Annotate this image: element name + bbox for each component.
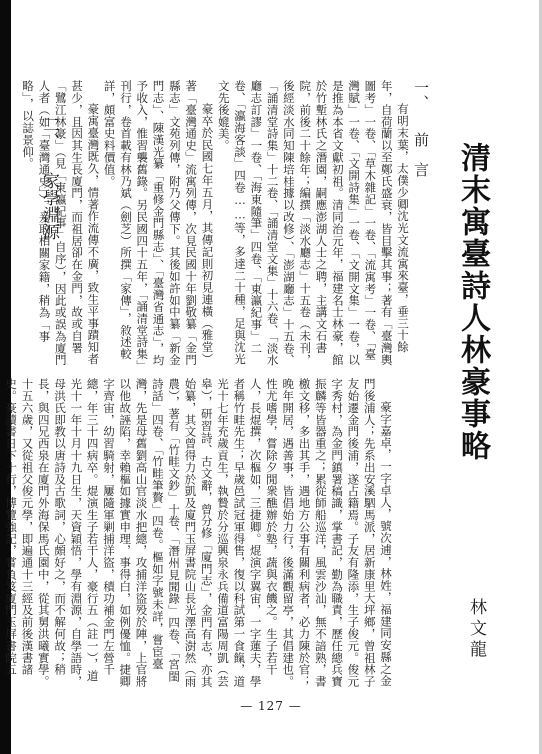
section-heading-preface: 一、前 言: [412, 80, 430, 177]
paragraph: 有明末葉，太僕少卿沈光文流寓來臺，垂三十餘年，自荷蘭以至鄭氏盛衰，皆目擊其事；著…: [215, 80, 411, 370]
article-title: 清末寓臺詩人林豪事略: [452, 142, 492, 462]
page-number: — 127 —: [0, 699, 542, 713]
section-number: 一、: [412, 80, 430, 110]
author-name: 林文龍: [466, 598, 486, 661]
section-number: 二、: [39, 116, 59, 150]
section-heading-family: 二、家學淵源: [40, 116, 58, 240]
section-title: 前 言: [412, 132, 430, 177]
paragraph: 豪字嘉卓，一字卓人，號次逋，林姓，福建同安縣之金門後浦人；先系出安溪駟馬派，居新…: [0, 378, 394, 688]
preface-body-upper: 有明末葉，太僕少卿沈光文流寓來臺，垂三十餘年，自荷蘭以至鄭氏盛衰，皆目擊其事；著…: [111, 80, 411, 370]
paragraph: 豪寓臺灣既久，情著作流傳不廣，致生平事蹟知者甚少，且因其生長廈門，而祖居卻在金門…: [20, 80, 101, 370]
paragraph: 豪卒於民國七年五月，其傳記則初見連橫（雅堂）著「臺灣通史」流寓列傳，次見民國十年…: [101, 80, 215, 370]
family-body: 豪字嘉卓，一字卓人，號次逋，林姓，福建同安縣之金門後浦人；先系出安溪駟馬派，居新…: [54, 378, 394, 688]
section-title: 家學淵源: [39, 172, 59, 240]
